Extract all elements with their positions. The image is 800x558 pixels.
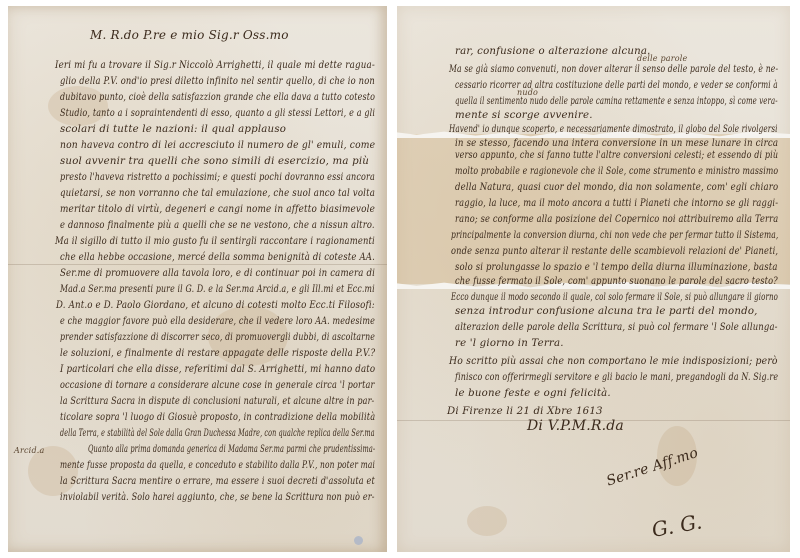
- interlinear-insertion: delle parole: [637, 54, 687, 63]
- text-line: che ella hebbe occasione, mercé della so…: [60, 252, 375, 263]
- text-line: mente si scorge avvenire.: [455, 110, 593, 121]
- closing-line: Di V.P.M.R.da: [527, 418, 624, 434]
- text-line: occasione di tornare a considerare alcun…: [60, 380, 375, 391]
- text-line: e che maggior favore può ella desiderare…: [60, 316, 375, 327]
- text-line: suol avvenir tra quelli che sono simili …: [60, 156, 369, 167]
- library-stamp: [354, 536, 363, 545]
- text-line: ticolare sopra 'l luogo di Giosuè propos…: [60, 412, 375, 423]
- text-line: Ma se già siamo convenuti, non dover alt…: [449, 64, 778, 75]
- text-line: Ho scritto più assai che non comportano …: [449, 356, 778, 367]
- text-line: della Terra, e stabilità del Sole dalla …: [60, 428, 375, 439]
- text-line: non haveva contro di lei accresciuto il …: [60, 140, 375, 151]
- text-line: Ser.me di promuovere alla tavola loro, e…: [60, 268, 375, 279]
- text-line: Ma il sigillo di tutto il mio gusto fu i…: [55, 236, 375, 247]
- text-line: quietarsi, se non vorranno che tal emula…: [60, 188, 375, 199]
- text-line: Quanto alla prima domanda generica di Ma…: [88, 444, 375, 455]
- text-line: rar, confusione o alterazione alcuna.: [455, 46, 651, 57]
- text-line: Mad.a Ser.ma presenti pure il G. D. e la…: [60, 284, 375, 295]
- text-line: in se stesso, facendo una intera convers…: [455, 138, 778, 149]
- text-line: prender satisfazzione di discorrer seco,…: [60, 332, 375, 343]
- manuscript-page-left: M. R.do P.re e mio Sig.r Oss.mo Ieri mi …: [8, 6, 387, 552]
- text-line: Studio, tanto a i sopraintendenti di ess…: [60, 108, 375, 119]
- text-line: raggio, la luce, ma il moto ancora a tut…: [455, 198, 778, 209]
- fold-crease: [8, 264, 387, 265]
- manuscript-page-right: rar, confusione o alterazione alcuna. de…: [397, 6, 790, 552]
- text-line: glio della P.V. ond'io presi diletto inf…: [60, 76, 375, 87]
- text-line: onde senza punto alterar il restante del…: [451, 246, 778, 257]
- text-line: verso appunto, che si fanno tutte l'altr…: [455, 150, 778, 161]
- text-line: e dannoso finalmente più a quelli che se…: [60, 220, 375, 231]
- text-line: Havend' io dunque scoperto, e necessaria…: [449, 124, 778, 135]
- text-line: re 'l giorno in Terra.: [455, 338, 564, 349]
- text-line: la Scrittura Sacra mentire o errare, ma …: [60, 476, 375, 487]
- date-line: Di Firenze li 21 di Xbre 1613: [447, 406, 603, 417]
- text-line: solo si prolungasse lo spazio e 'l tempo…: [455, 262, 778, 273]
- text-line: meritar titolo di virtù, degeneri e cang…: [60, 204, 375, 215]
- text-line: quella il sentimento nudo delle parole c…: [455, 96, 778, 107]
- text-line: D. Ant.o e D. Paolo Giordano, et alcuno …: [56, 300, 375, 311]
- text-line: Ieri mi fu a trovare il Sig.r Niccolò Ar…: [55, 60, 375, 71]
- text-line: principalmente la conversion diurna, chi…: [451, 230, 778, 241]
- text-line: Ecco dunque il modo secondo il quale, co…: [451, 292, 778, 303]
- text-line: che fusse fermato il Sole, com' appunto …: [455, 276, 778, 287]
- text-line: mente fusse proposta da quella, e conced…: [60, 460, 375, 471]
- text-line: I particolari che ella disse, referitimi…: [60, 364, 375, 375]
- text-line: della Natura, quasi cuor del mondo, dia …: [455, 182, 778, 193]
- text-line: scolari di tutte le nazioni: il qual app…: [60, 124, 286, 135]
- text-line: cessario ricorrer ad altra costituzione …: [455, 80, 778, 91]
- text-line: dubitavo punto, cioè della satisfazzion …: [60, 92, 375, 103]
- text-line: presto l'haveva ristretto a pochissimi; …: [60, 172, 375, 183]
- margin-note: Arcid.a: [14, 446, 44, 455]
- paper-stain: [467, 506, 507, 536]
- text-line: rano; se conforme alla posizione del Cop…: [455, 214, 778, 225]
- text-line: la Scrittura Sacra in dispute di conclus…: [60, 396, 374, 407]
- text-line: molto probabile e ragionevole che il Sol…: [455, 166, 778, 177]
- text-line: inviolabil verità. Solo harei aggiunto, …: [60, 492, 375, 503]
- text-line: senza introdur confusione alcuna tra le …: [455, 306, 758, 317]
- text-line: le buone feste e ogni felicità.: [455, 388, 611, 399]
- text-line: finisco con offerirmegli servitore e gli…: [455, 372, 778, 383]
- signature: G. G.: [650, 509, 704, 541]
- text-line: alterazion delle parole della Scrittura,…: [455, 322, 778, 333]
- text-line: le soluzioni, e finalmente di restare ap…: [60, 348, 375, 359]
- salutation: M. R.do P.re e mio Sig.r Oss.mo: [90, 28, 289, 42]
